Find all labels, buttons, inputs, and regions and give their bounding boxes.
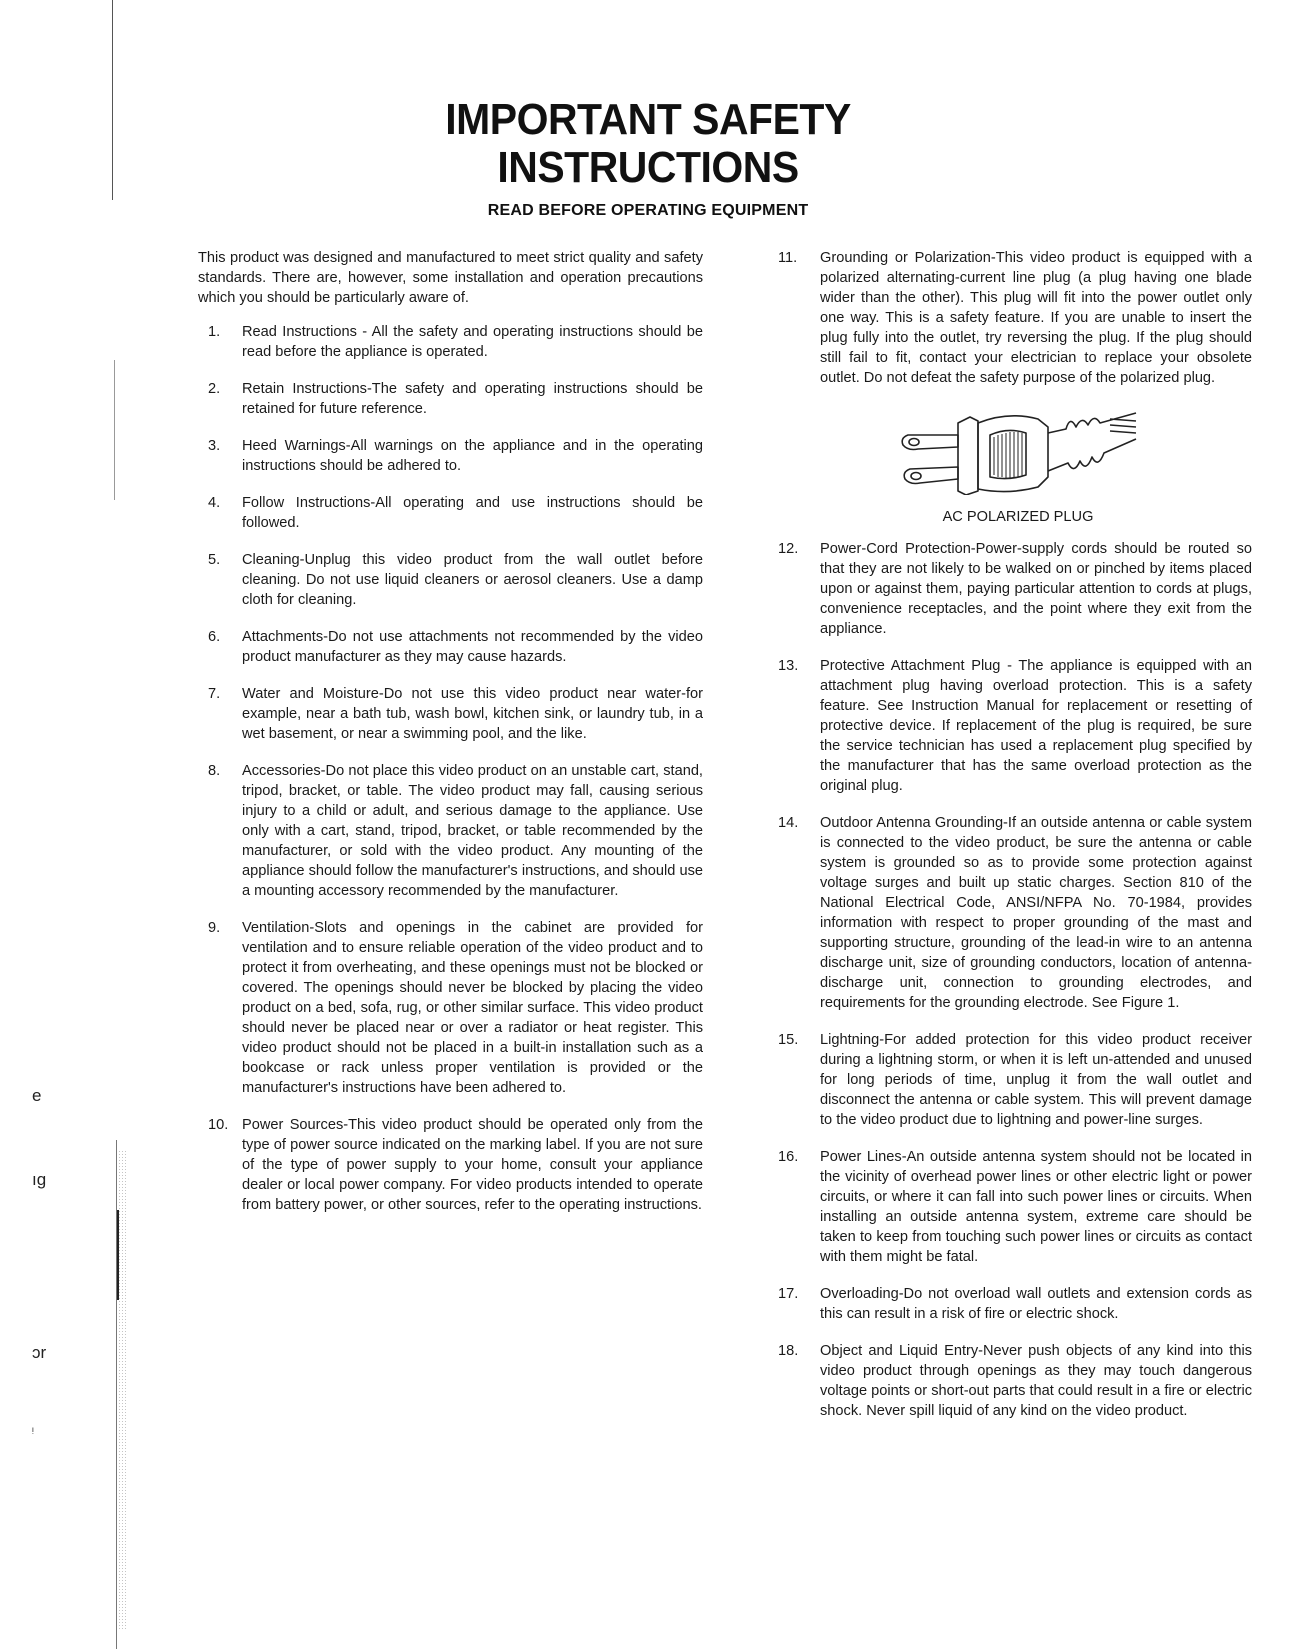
intro-paragraph: This product was designed and manufactur…: [198, 248, 703, 308]
right-column: 11. Grounding or Polarization-This video…: [784, 248, 1252, 1438]
instruction-item: 5. Cleaning-Unplug this video product fr…: [198, 550, 703, 610]
instruction-item: 13. Protective Attachment Plug - The app…: [784, 656, 1252, 796]
item-number: 2.: [198, 379, 242, 419]
scan-speckle: [118, 1150, 128, 1630]
item-number: 8.: [198, 761, 242, 901]
item-number: 11.: [778, 248, 820, 388]
item-text: Power Lines-An outside antenna system sh…: [820, 1147, 1252, 1267]
item-text: Overloading-Do not overload wall outlets…: [820, 1284, 1252, 1324]
instruction-item: 4. Follow Instructions-All operating and…: [198, 493, 703, 533]
instruction-item: 8. Accessories-Do not place this video p…: [198, 761, 703, 901]
item-text: Power-Cord Protection-Power-supply cords…: [820, 539, 1252, 639]
figure-caption: AC POLARIZED PLUG: [784, 507, 1252, 527]
instruction-item: 17. Overloading-Do not overload wall out…: [784, 1284, 1252, 1324]
item-text: Accessories-Do not place this video prod…: [242, 761, 703, 901]
instruction-item: 7. Water and Moisture-Do not use this vi…: [198, 684, 703, 744]
page-subtitle: READ BEFORE OPERATING EQUIPMENT: [0, 202, 1296, 220]
item-number: 18.: [778, 1341, 820, 1421]
item-text: Lightning-For added protection for this …: [820, 1030, 1252, 1130]
margin-text-fragment: ɔr: [32, 1343, 46, 1363]
item-text: Cleaning-Unplug this video product from …: [242, 550, 703, 610]
instruction-item: 14. Outdoor Antenna Grounding-If an outs…: [784, 813, 1252, 1013]
item-text: Read Instructions - All the safety and o…: [242, 322, 703, 362]
instruction-item: 1. Read Instructions - All the safety an…: [198, 322, 703, 362]
item-number: 15.: [778, 1030, 820, 1130]
margin-text-fragment: e: [32, 1086, 41, 1106]
ac-polarized-plug-icon: [898, 405, 1138, 495]
item-text: Follow Instructions-All operating and us…: [242, 493, 703, 533]
item-number: 16.: [778, 1147, 820, 1267]
item-text: Power Sources-This video product should …: [242, 1115, 703, 1215]
item-number: 13.: [778, 656, 820, 796]
instruction-item: 10. Power Sources-This video product sho…: [198, 1115, 703, 1215]
item-number: 17.: [778, 1284, 820, 1324]
item-number: 12.: [778, 539, 820, 639]
margin-text-fragment: ıg: [32, 1170, 46, 1190]
item-text: Attachments-Do not use attachments not r…: [242, 627, 703, 667]
instruction-item: 18. Object and Liquid Entry-Never push o…: [784, 1341, 1252, 1421]
item-number: 6.: [198, 627, 242, 667]
instruction-item: 16. Power Lines-An outside antenna syste…: [784, 1147, 1252, 1267]
item-text: Retain Instructions-The safety and opera…: [242, 379, 703, 419]
item-text: Grounding or Polarization-This video pro…: [820, 248, 1252, 388]
item-number: 1.: [198, 322, 242, 362]
title-line-2: INSTRUCTIONS: [45, 144, 1250, 192]
page-title: IMPORTANT SAFETY INSTRUCTIONS: [45, 96, 1250, 192]
item-text: Ventilation-Slots and openings in the ca…: [242, 918, 703, 1098]
margin-text-fragment: ᵎ: [32, 1424, 34, 1438]
item-text: Heed Warnings-All warnings on the applia…: [242, 436, 703, 476]
left-column: This product was designed and manufactur…: [198, 248, 703, 1232]
instruction-item: 3. Heed Warnings-All warnings on the app…: [198, 436, 703, 476]
item-number: 7.: [198, 684, 242, 744]
item-text: Object and Liquid Entry-Never push objec…: [820, 1341, 1252, 1421]
instruction-item: 12. Power-Cord Protection-Power-supply c…: [784, 539, 1252, 639]
item-number: 5.: [198, 550, 242, 610]
scan-binding-line: [114, 360, 115, 500]
instruction-item: 9. Ventilation-Slots and openings in the…: [198, 918, 703, 1098]
item-number: 3.: [198, 436, 242, 476]
instruction-item: 2. Retain Instructions-The safety and op…: [198, 379, 703, 419]
item-number: 4.: [198, 493, 242, 533]
item-text: Protective Attachment Plug - The applian…: [820, 656, 1252, 796]
plug-figure: AC POLARIZED PLUG: [784, 405, 1252, 527]
instruction-item: 11. Grounding or Polarization-This video…: [784, 248, 1252, 388]
item-number: 10.: [198, 1115, 242, 1215]
instruction-item: 15. Lightning-For added protection for t…: [784, 1030, 1252, 1130]
item-number: 9.: [198, 918, 242, 1098]
item-number: 14.: [778, 813, 820, 1013]
item-text: Water and Moisture-Do not use this video…: [242, 684, 703, 744]
item-text: Outdoor Antenna Grounding-If an outside …: [820, 813, 1252, 1013]
instruction-item: 6. Attachments-Do not use attachments no…: [198, 627, 703, 667]
title-line-1: IMPORTANT SAFETY: [45, 96, 1250, 144]
